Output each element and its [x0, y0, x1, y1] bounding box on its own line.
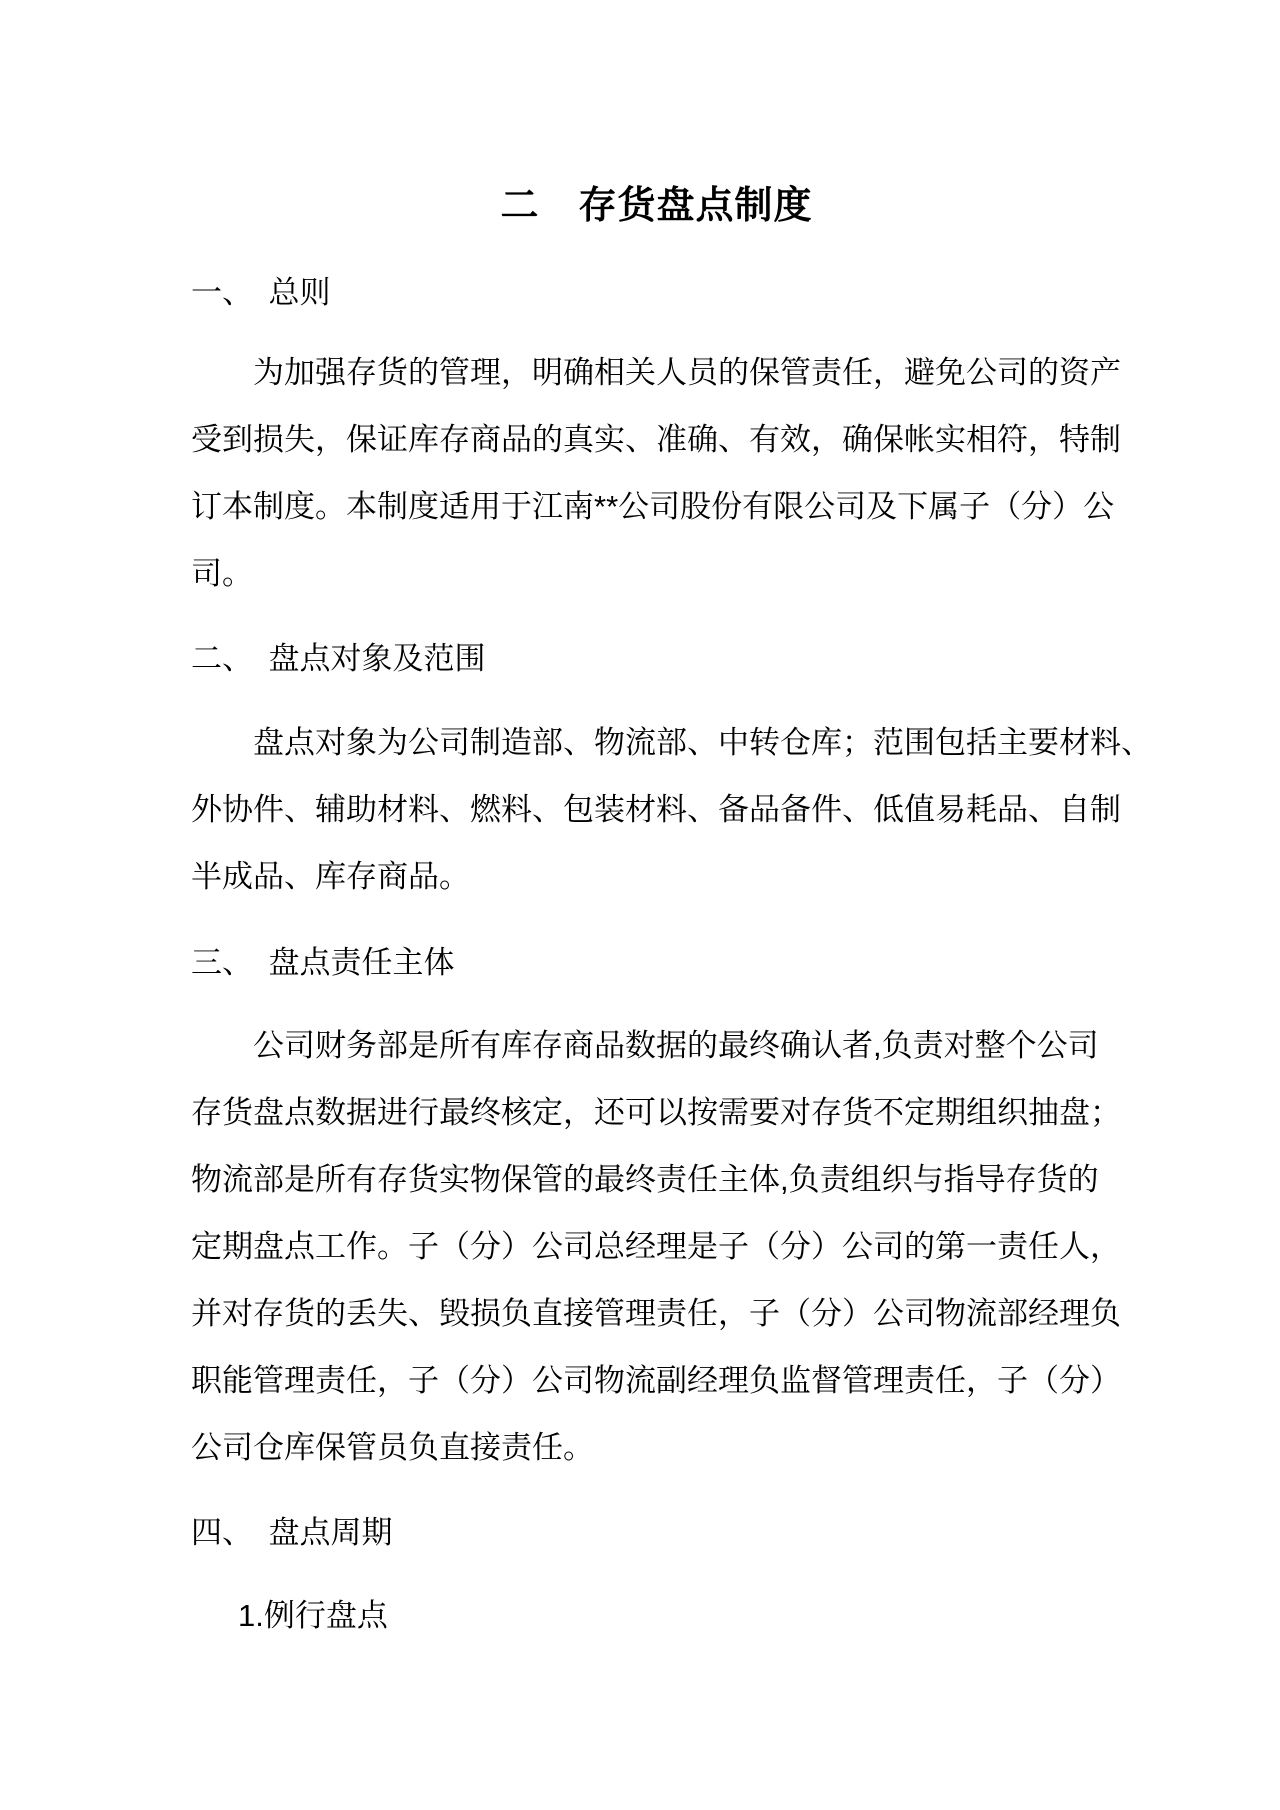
paragraph-line: 司。 [191, 540, 1122, 607]
paragraph-line: 为加强存货的管理，明确相关人员的保管责任，避免公司的资产 [191, 339, 1122, 406]
paragraph-line: 盘点对象为公司制造部、物流部、中转仓库；范围包括主要材料、 [191, 709, 1122, 776]
paragraph-responsibility: 公司财务部是所有库存商品数据的最终确认者,负责对整个公司 存货盘点数据进行最终核… [191, 1012, 1122, 1481]
section-heading-responsibility: 三、 盘点责任主体 [191, 929, 1122, 996]
subitem-routine-count: 1.例行盘点 [191, 1582, 1122, 1649]
paragraph-line: 半成品、库存商品。 [191, 843, 1122, 910]
paragraph-line: 公司仓库保管员负直接责任。 [191, 1414, 1122, 1481]
section-heading-cycle: 四、 盘点周期 [191, 1499, 1122, 1566]
paragraph-scope: 盘点对象为公司制造部、物流部、中转仓库；范围包括主要材料、 外协件、辅助材料、燃… [191, 709, 1122, 910]
paragraph-line: 职能管理责任，子（分）公司物流副经理负监督管理责任，子（分） [191, 1347, 1122, 1414]
paragraph-line: 订本制度。本制度适用于江南**公司股份有限公司及下属子（分）公 [191, 473, 1122, 540]
paragraph-line: 定期盘点工作。子（分）公司总经理是子（分）公司的第一责任人， [191, 1213, 1122, 1280]
paragraph-line: 受到损失，保证库存商品的真实、准确、有效，确保帐实相符，特制 [191, 406, 1122, 473]
paragraph-general: 为加强存货的管理，明确相关人员的保管责任，避免公司的资产 受到损失，保证库存商品… [191, 339, 1122, 607]
paragraph-line: 并对存货的丢失、毁损负直接管理责任，子（分）公司物流部经理负 [191, 1280, 1122, 1347]
paragraph-line: 物流部是所有存货实物保管的最终责任主体,负责组织与指导存货的 [191, 1146, 1122, 1213]
document-content: 二 存货盘点制度 一、 总则 为加强存货的管理，明确相关人员的保管责任，避免公司… [0, 0, 1280, 1649]
paragraph-line: 外协件、辅助材料、燃料、包装材料、备品备件、低值易耗品、自制 [191, 776, 1122, 843]
document-page: 二 存货盘点制度 一、 总则 为加强存货的管理，明确相关人员的保管责任，避免公司… [0, 0, 1280, 1810]
paragraph-line: 公司财务部是所有库存商品数据的最终确认者,负责对整个公司 [191, 1012, 1122, 1079]
paragraph-line: 存货盘点数据进行最终核定，还可以按需要对存货不定期组织抽盘； [191, 1079, 1122, 1146]
section-heading-general: 一、 总则 [191, 259, 1122, 326]
document-title: 二 存货盘点制度 [191, 181, 1122, 231]
section-heading-scope: 二、 盘点对象及范围 [191, 625, 1122, 692]
